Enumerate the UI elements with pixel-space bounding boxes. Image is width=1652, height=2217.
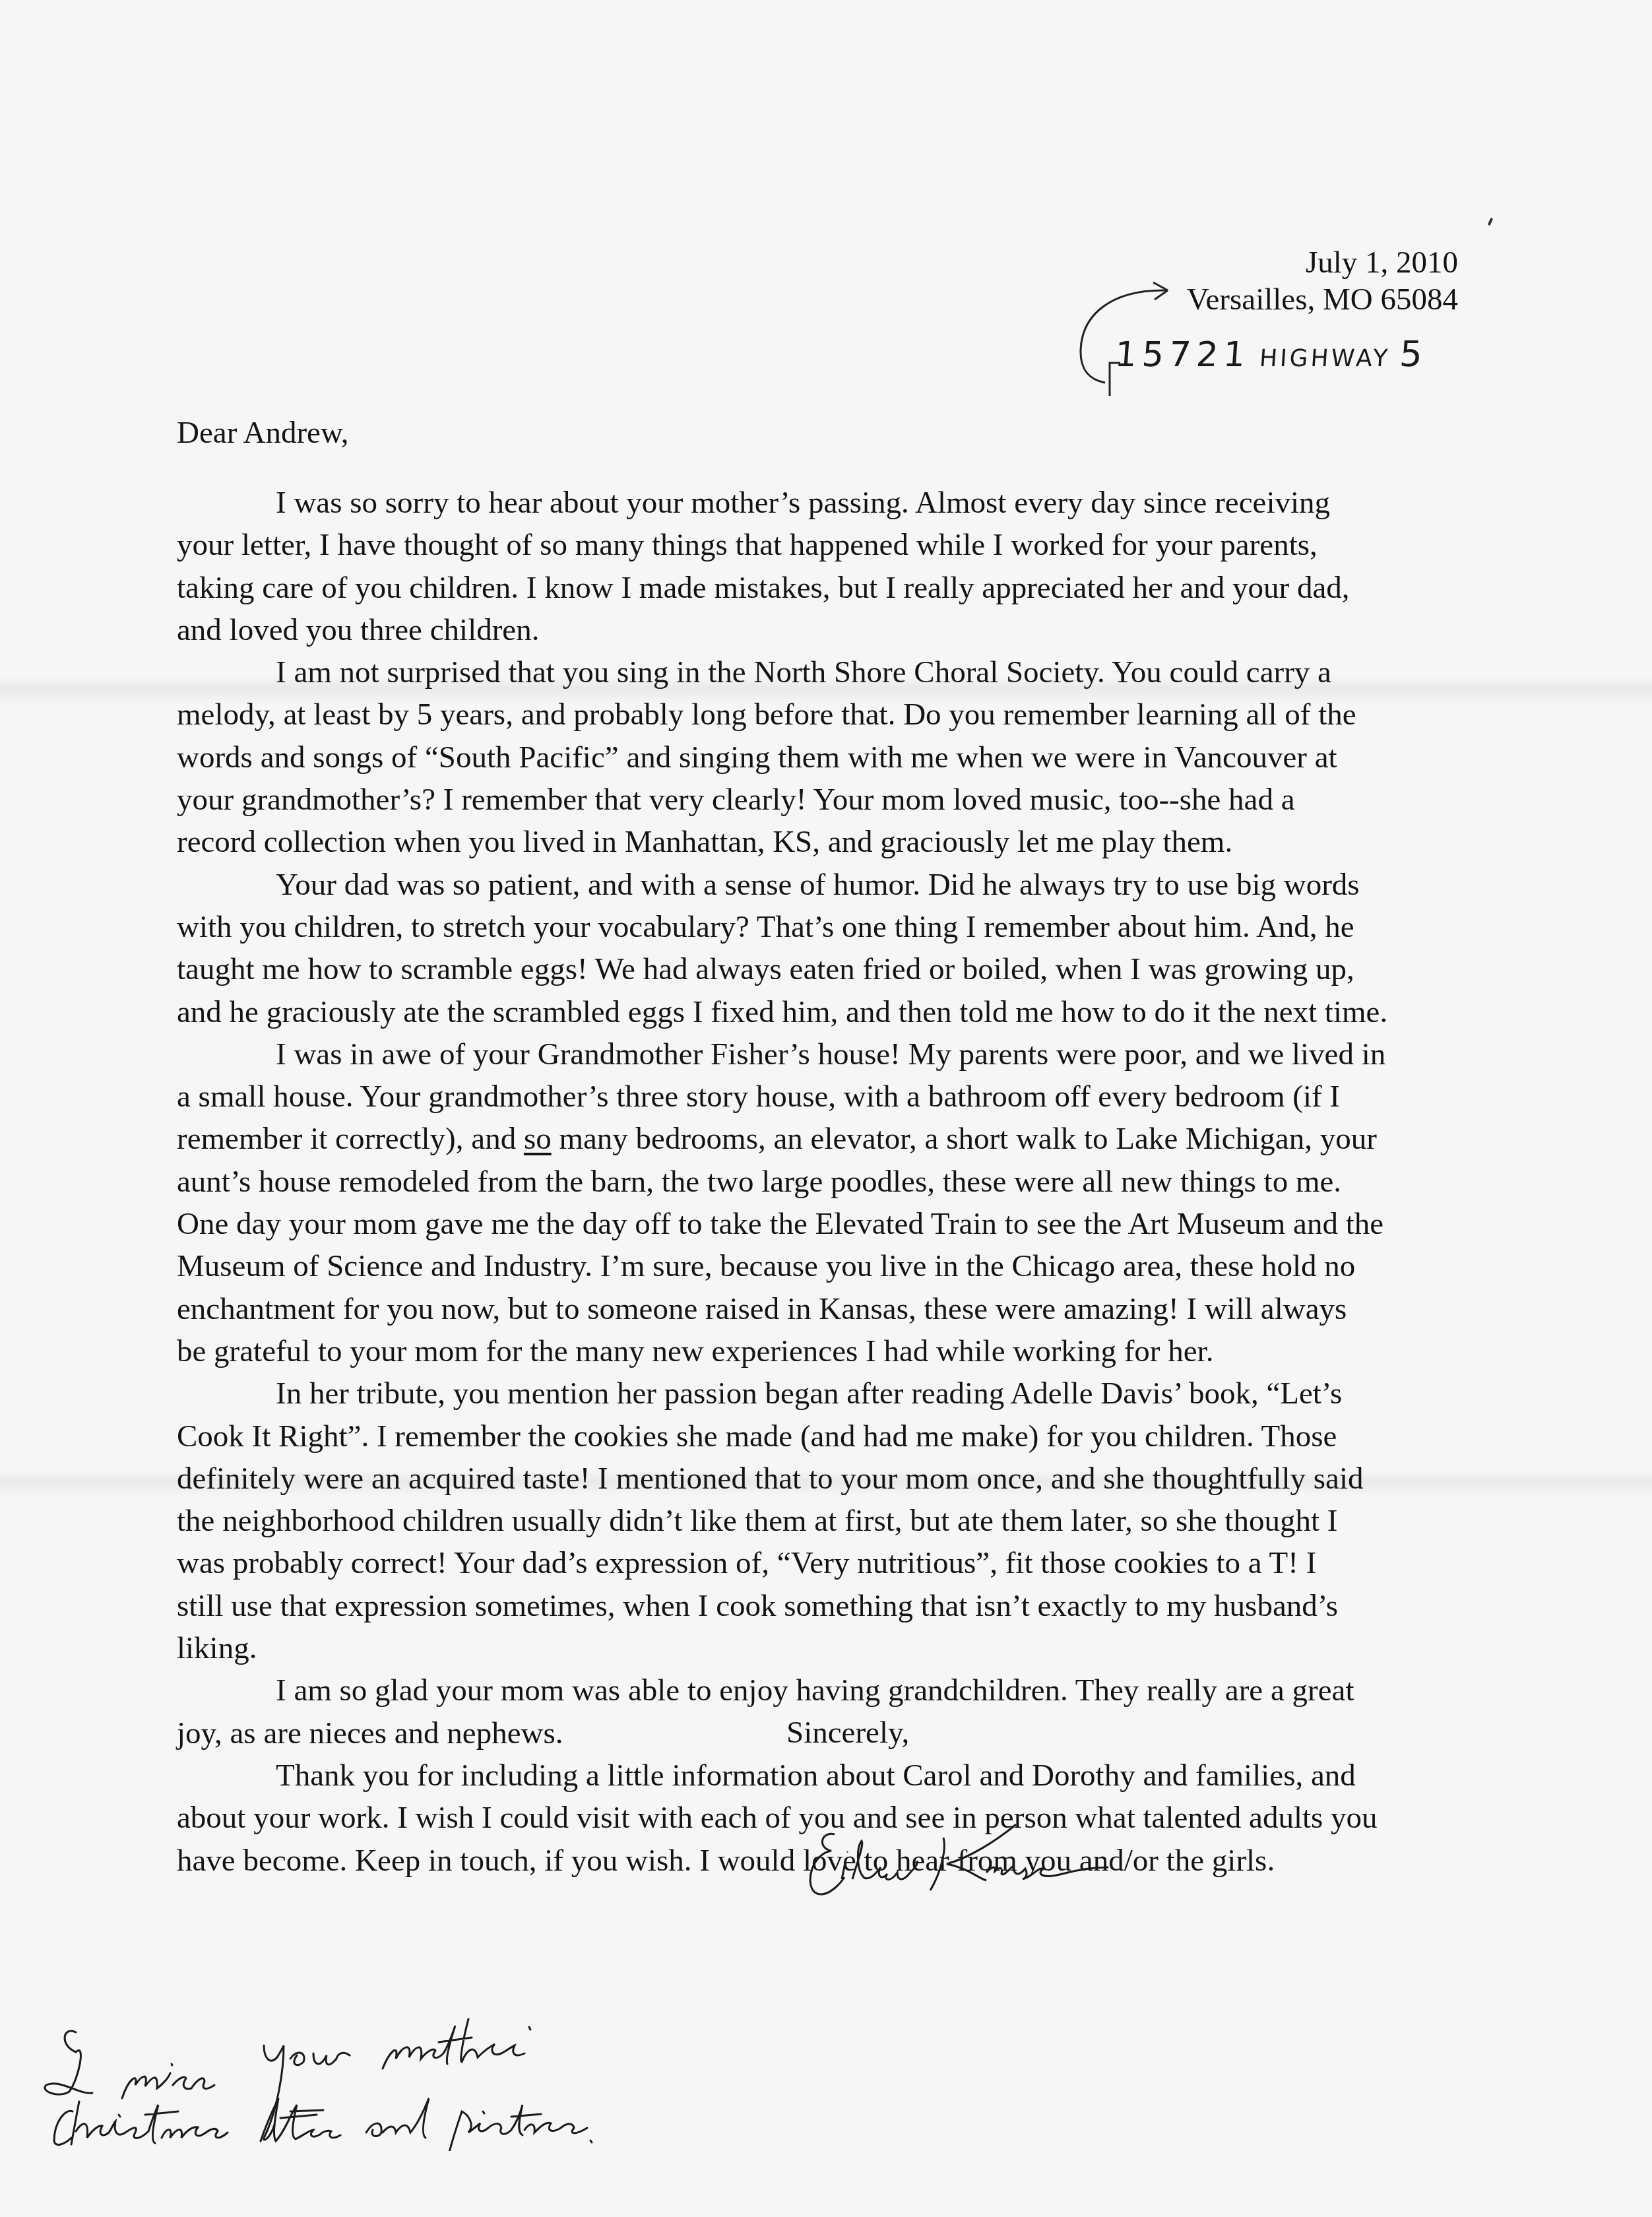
letter-line: your letter, I have thought of so many t… (177, 524, 1444, 566)
letter-line: definitely were an acquired taste! I men… (177, 1458, 1444, 1500)
letter-line: melody, at least by 5 years, and probabl… (177, 693, 1444, 736)
letter-line: Your dad was so patient, and with a sens… (177, 864, 1444, 906)
letter-line: Cook It Right”. I remember the cookies s… (177, 1415, 1444, 1458)
letter-line: a small house. Your grandmother’s three … (177, 1076, 1444, 1118)
letter-line: the neighborhood children usually didn’t… (177, 1500, 1444, 1542)
letter-line: Thank you for including a little informa… (177, 1754, 1444, 1797)
underlined-word: so (524, 1122, 552, 1156)
letter-line: taking care of you children. I know I ma… (177, 567, 1444, 609)
letter-line: be grateful to your mom for the many new… (177, 1330, 1444, 1372)
letter-line: was probably correct! Your dad’s express… (177, 1542, 1444, 1584)
letter-line: I am so glad your mom was able to enjoy … (177, 1669, 1444, 1712)
letter-line: I am not surprised that you sing in the … (177, 651, 1444, 693)
letter-paragraph: I was so sorry to hear about your mother… (177, 482, 1444, 651)
street-route-number: 5 (1398, 333, 1426, 375)
letter-line: taught me how to scramble eggs! We had a… (177, 948, 1444, 990)
letter-line: I was in awe of your Grandmother Fisher’… (177, 1033, 1444, 1076)
handwritten-street-address: 15721HIGHWAY5 (1114, 333, 1426, 375)
letter-line: Museum of Science and Industry. I’m sure… (177, 1245, 1444, 1287)
letter-line: your grandmother’s? I remember that very… (177, 779, 1444, 821)
closing: Sincerely, (786, 1714, 909, 1751)
letter-line: words and songs of “South Pacific” and s… (177, 736, 1444, 779)
letter-line: enchantment for you now, but to someone … (177, 1288, 1444, 1330)
letter-paragraph: I am not surprised that you sing in the … (177, 651, 1444, 863)
stray-ink-mark (1488, 218, 1494, 226)
street-name: HIGHWAY (1258, 345, 1391, 372)
letter-line: and he graciously ate the scrambled eggs… (177, 991, 1444, 1033)
letter-line: liking. (177, 1627, 1444, 1669)
letter-page: July 1, 2010 Versailles, MO 65084 15721H… (0, 0, 1652, 2217)
salutation: Dear Andrew, (177, 414, 349, 451)
letter-line: In her tribute, you mention her passion … (177, 1372, 1444, 1415)
letter-line: One day your mom gave me the day off to … (177, 1203, 1444, 1245)
letter-line: with you children, to stretch your vocab… (177, 906, 1444, 948)
letter-line: remember it correctly), and so many bedr… (177, 1118, 1444, 1160)
letter-paragraph: I was in awe of your Grandmother Fisher’… (177, 1033, 1444, 1372)
letter-line: and loved you three children. (177, 609, 1444, 651)
letter-line: I was so sorry to hear about your mother… (177, 482, 1444, 524)
handwritten-postscript: I miss your mother's (13, 1979, 699, 2151)
signature: Eileen Kruse (798, 1821, 1141, 1907)
letter-paragraph: In her tribute, you mention her passion … (177, 1372, 1444, 1669)
letter-line: aunt’s house remodeled from the barn, th… (177, 1161, 1444, 1203)
letter-body: I was so sorry to hear about your mother… (177, 482, 1444, 1882)
street-number: 15721 (1114, 335, 1252, 375)
letter-line: still use that expression sometimes, whe… (177, 1585, 1444, 1627)
letter-line: record collection when you lived in Manh… (177, 821, 1444, 863)
letter-paragraph: Your dad was so patient, and with a sens… (177, 864, 1444, 1033)
